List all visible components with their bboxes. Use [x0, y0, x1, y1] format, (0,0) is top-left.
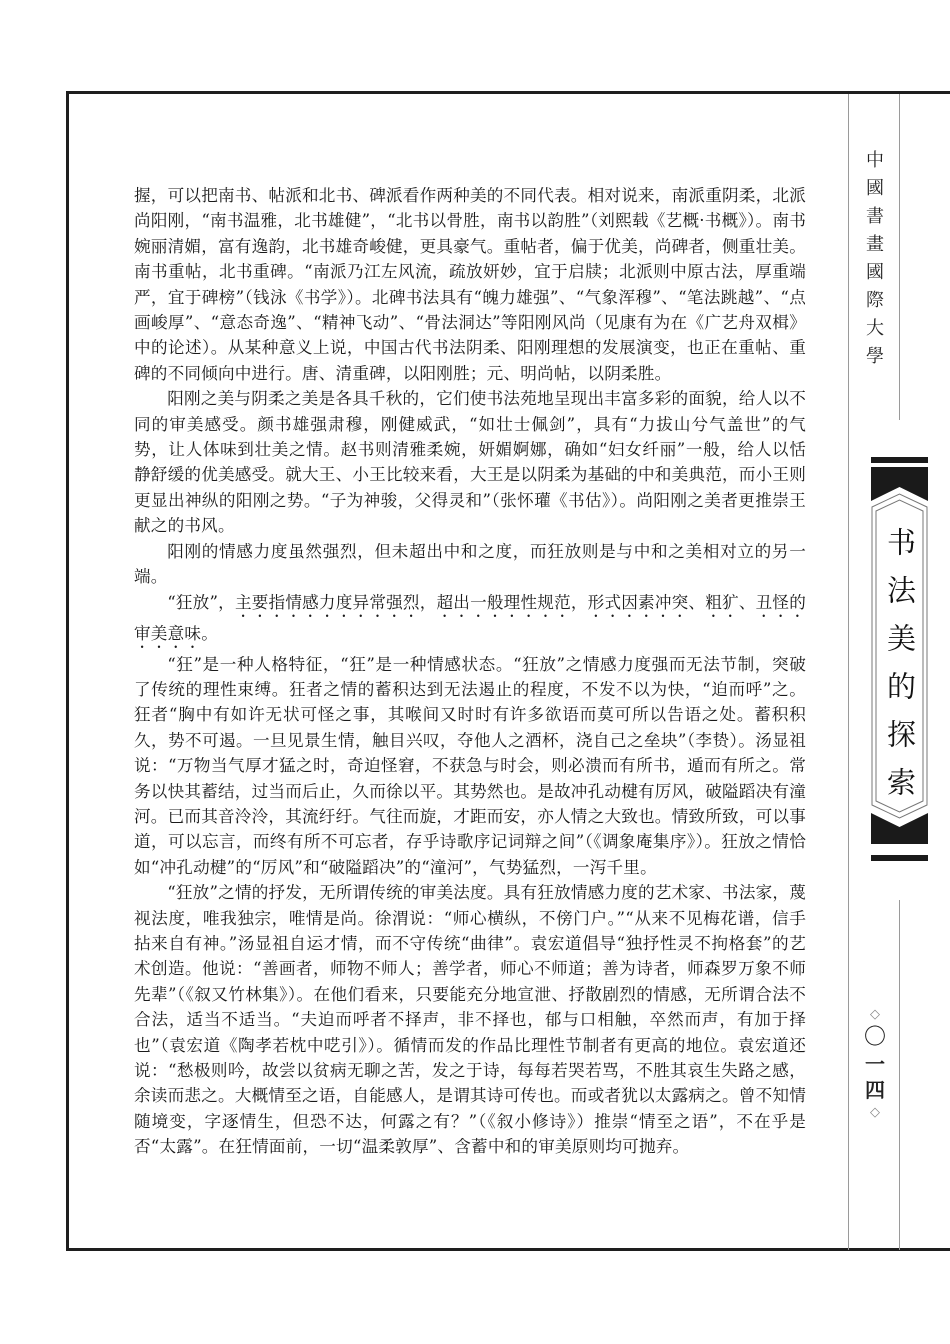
- sidebar-rule-inner-bottom: [899, 900, 900, 1250]
- sidebar-rule-inner-top: [899, 94, 900, 420]
- book-title: 书法美的探索: [871, 527, 928, 815]
- main-text: 握，可以把南书、帖派和北书、碑派看作两种美的不同代表。相对说来，南派重阴柔，北派…: [134, 183, 806, 1160]
- paragraph-1: 握，可以把南书、帖派和北书、碑派看作两种美的不同代表。相对说来，南派重阴柔，北派…: [134, 183, 806, 386]
- emphasized-definition: 主要指情感力度异常强烈，超出一般理性规范，形式因素冲突、粗犷、丑怪的审美意味: [134, 593, 806, 643]
- page-digit-ones: 四: [862, 1077, 888, 1103]
- school-name-vertical: 中國書畫國際大學: [860, 150, 886, 374]
- paragraph-2: 阳刚之美与阴柔之美是各具千秋的，它们使书法苑地呈现出丰富多彩的面貌，给人以不同的…: [134, 386, 806, 538]
- diamond-ornament-icon: ◇: [862, 1005, 888, 1025]
- page-number: ◇ 〇 一 四 ◇: [862, 1005, 888, 1123]
- paragraph-5: “狂”是一种人格特征，“狂”是一种情感状态。“狂放”之情感力度强而无法节制，突破…: [134, 652, 806, 881]
- sidebar-rule-outer: [848, 94, 849, 1250]
- banner-bottom-bar: [871, 855, 928, 861]
- paragraph-4-definition: “狂放”，主要指情感力度异常强烈，超出一般理性规范，形式因素冲突、粗犷、丑怪的审…: [134, 590, 806, 652]
- definition-end: 。: [201, 624, 218, 643]
- definition-term: “狂放”，: [167, 593, 235, 612]
- book-title-banner: 书法美的探索: [871, 457, 928, 861]
- diamond-ornament-icon: ◇: [862, 1103, 888, 1123]
- paragraph-6: “狂放”之情的抒发，无所谓传统的审美法度。具有狂放情感力度的艺术家、书法家，蔑视…: [134, 880, 806, 1159]
- page-digit-hundreds: 〇: [862, 1025, 888, 1051]
- page-digit-tens: 一: [862, 1051, 888, 1077]
- paragraph-3: 阳刚的情感力度虽然强烈，但未超出中和之度，而狂放则是与中和之美相对立的另一端。: [134, 539, 806, 590]
